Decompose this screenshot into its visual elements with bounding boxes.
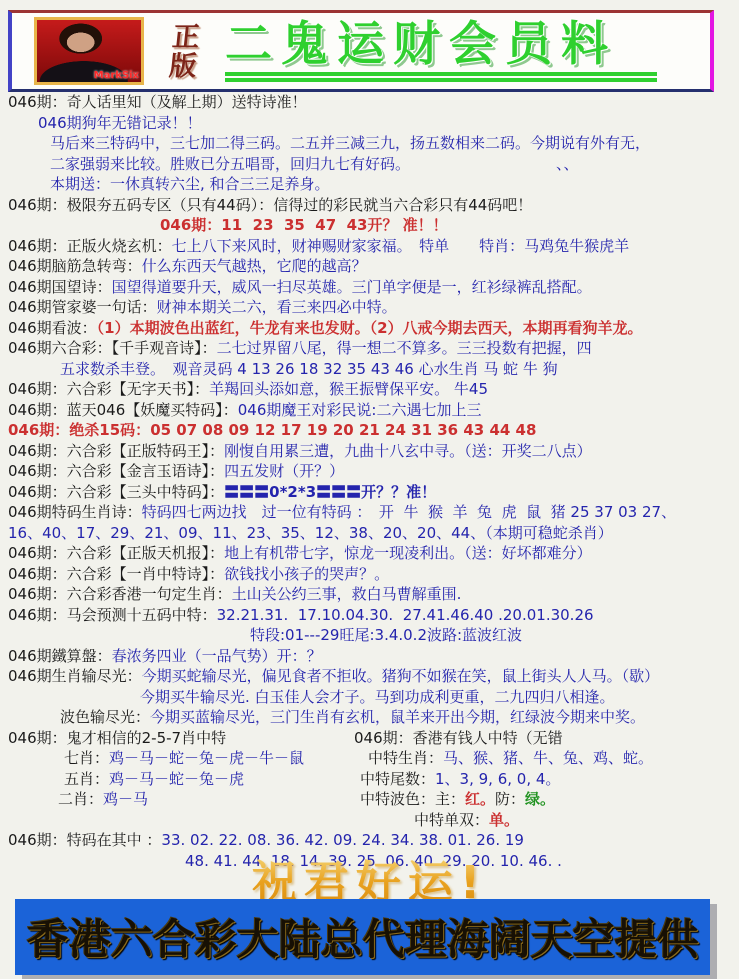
text-segment: 鸡－马－蛇－兔－虎 bbox=[109, 770, 244, 788]
content-row: 今期买牛输尽光. 白玉佳人会才子。马到功成利更重，二九四归八相逢。 bbox=[0, 687, 739, 708]
text-segment: 七上八下来风时，财神赐财家家福。 特单 特肖：马鸡兔牛猴虎羊 bbox=[172, 237, 630, 255]
text-segment: 马后来三特码中，三七加二得三码。二五并三减三九，扬五数相来二码。今期说有外有无， bbox=[50, 134, 650, 152]
content-row: 046期国望诗：国望得道要升天，威风一扫尽英雄。三门单字便是一，红衫绿裤乱搭配。 bbox=[0, 277, 739, 298]
content-row: 二家强弱来比较。胜败已分五唱哥，回归九七有好码。、、 bbox=[0, 154, 739, 175]
row-cell: 二肖：鸡－马 bbox=[58, 789, 148, 810]
text-segment: 046期：奇人话里知（及解上期）送特诗准！ bbox=[8, 93, 307, 111]
row-cell: 046期：六合彩香港一句定生肖：土山关公约三事，救白马曹解重围. bbox=[8, 584, 461, 605]
text-segment: 046期：香港有钱人中特（无错 bbox=[354, 729, 563, 747]
row-cell: 046期：六合彩【一肖中特诗】：欲钱找小孩子的哭声？。 bbox=[8, 564, 389, 585]
text-segment: 鸡－马 bbox=[103, 790, 148, 808]
content-row: 特段:01---29旺尾:3.4.0.2波路:蓝波红波 bbox=[0, 625, 739, 646]
content-row: 046期看波：（1）本期波色出蓝红，牛龙有来也发财。（2）八戒今期去西天，本期再… bbox=[0, 318, 739, 339]
row-cell: 046期：六合彩【三头中特码】：〓〓〓0*2*3〓〓〓开？？准！ bbox=[8, 482, 436, 503]
text-segment: 046期魔王对彩民说:二六遇七加上三 bbox=[238, 401, 482, 419]
text-segment: 046期鐵算盤： bbox=[8, 647, 112, 665]
text-segment: 国望得道要升天，威风一扫尽英雄。三门单字便是一，红衫绿裤乱搭配。 bbox=[112, 278, 592, 296]
text-segment: 特码四七两边找 过一位有特码 ： 开 牛 猴 羊 兔 虎 鼠 猪 25 37 0… bbox=[142, 503, 676, 521]
text-segment: （1）本期波色出蓝红，牛龙有来也发财。（2）八戒今期去西天，本期再看狗羊龙。 bbox=[97, 319, 643, 337]
text-segment: 地上有机带七字，惊龙一现凌利出。（送：好坏都难分） bbox=[224, 544, 592, 562]
text-segment: 046期生肖输尽光： bbox=[8, 667, 142, 685]
row-cell: 中特尾数：1、3, 9, 6, 0, 4。 bbox=[360, 769, 560, 790]
content-row: 16、40、17、29、21、09、11、23、35、12、38、20、20、4… bbox=[0, 523, 739, 544]
content-row: 046期：马会预测十五码中特：32.21.31. 17.10.04.30. 27… bbox=[0, 605, 739, 626]
text-segment: 二家强弱来比较。胜败已分五唱哥，回归九七有好码。 bbox=[50, 155, 410, 173]
content-row: 046期：六合彩【三头中特码】：〓〓〓0*2*3〓〓〓开？？准！ bbox=[0, 482, 739, 503]
row-cell: 046期：六合彩【金言玉语诗】：四五发财（开？） bbox=[8, 461, 344, 482]
text-segment: 春浓务四业（一品气势）开：？ bbox=[112, 647, 322, 665]
row-cell: 今期买牛输尽光. 白玉佳人会才子。马到功成利更重，二九四归八相逢。 bbox=[140, 687, 615, 708]
text-segment: 046期：六合彩【无字天书】： bbox=[8, 380, 209, 398]
text-segment: 32.21.31. 17.10.04.30. 27.41.46.40 .20.0… bbox=[217, 606, 594, 624]
editor-photo: MarkSix bbox=[34, 17, 144, 85]
row-cell: 046期看波：（1）本期波色出蓝红，牛龙有来也发财。（2）八戒今期去西天，本期再… bbox=[8, 318, 643, 339]
row-cell: 046期鐵算盤：春浓务四业（一品气势）开：？ bbox=[8, 646, 322, 667]
text-segment: 单。 bbox=[489, 811, 519, 829]
row-cell: 046期特码生肖诗：特码四七两边找 过一位有特码 ： 开 牛 猴 羊 兔 虎 鼠… bbox=[8, 502, 676, 523]
title-column: 二鬼运财会员料 bbox=[211, 21, 710, 82]
row-cell: 046期管家婆一句话：财神本期关二六，看三来四必中特。 bbox=[8, 297, 397, 318]
content-row: 046期：六合彩【金言玉语诗】：四五发财（开？） bbox=[0, 461, 739, 482]
content-row: 046期：奇人话里知（及解上期）送特诗准！ bbox=[0, 92, 739, 113]
content-row: 046期鐵算盤：春浓务四业（一品气势）开：？ bbox=[0, 646, 739, 667]
text-segment: 绿。 bbox=[525, 790, 555, 808]
text-segment: 046期：极限夯五码专区（只有44码）：信得过的彩民就当六合彩只有44码吧！ bbox=[8, 196, 532, 214]
row-cell: 16、40、17、29、21、09、11、23、35、12、38、20、20、4… bbox=[8, 523, 613, 544]
text-segment: 波色输尽光： bbox=[60, 708, 150, 726]
content-row: 二肖：鸡－马中特波色：主：红。防：绿。 bbox=[0, 789, 739, 810]
content-row: 046期：11 23 35 47 43开？ 准！！ bbox=[0, 215, 739, 236]
row-cell: 046期：蓝天046【妖魔买特码】：046期魔王对彩民说:二六遇七加上三 bbox=[8, 400, 481, 421]
text-segment: 羊羯回头添如意，猴王振臂保平安。 牛45 bbox=[209, 380, 488, 398]
text-segment: 046期：六合彩【正版特码王】： bbox=[8, 442, 224, 460]
text-segment: 046期狗年无错记录！！ bbox=[38, 114, 202, 132]
row-cell: 046期：鬼才相信的2-5-7肖中特 bbox=[8, 728, 226, 749]
row-cell: 波色输尽光：今期买蓝输尽光，三门生肖有玄机，鼠羊来开出今期，红绿波今期来中奖。 bbox=[60, 707, 645, 728]
content-row: 五肖：鸡－马－蛇－兔－虎中特尾数：1、3, 9, 6, 0, 4。 bbox=[0, 769, 739, 790]
row-cell: 046期六合彩：【千手观音诗】：二七过界留八尾，得一想二不算多。三三投数有把握，… bbox=[8, 338, 592, 359]
text-segment: 马、猴、猪、牛、兔、鸡、蛇。 bbox=[443, 749, 653, 767]
row-cell: 046期：正版火烧玄机：七上八下来风时，财神赐财家家福。 特单 特肖：马鸡兔牛猴… bbox=[8, 236, 629, 257]
text-segment: 刚愎自用累三遭，九曲十八玄中寻。（送：开奖二八点） bbox=[224, 442, 592, 460]
content-lines: 046期：奇人话里知（及解上期）送特诗准！046期狗年无错记录！！马后来三特码中… bbox=[0, 92, 739, 871]
text-segment: 二七过界留八尾，得一想二不算多。三三投数有把握，四 bbox=[217, 339, 592, 357]
text-segment: 红。 bbox=[465, 790, 495, 808]
text-segment: 046期国望诗： bbox=[8, 278, 112, 296]
page: MarkSix 正版 二鬼运财会员料 046期：奇人话里知（及解上期）送特诗准！… bbox=[0, 0, 739, 979]
row-cell: 046期：奇人话里知（及解上期）送特诗准！ bbox=[8, 92, 307, 113]
row-cell: 、、 bbox=[556, 154, 579, 175]
content-row: 五求数杀丰登。 观音灵码 4 13 26 18 32 35 43 46 心水生肖… bbox=[0, 359, 739, 380]
text-segment: 1、3, 9, 6, 0, 4。 bbox=[435, 770, 560, 788]
text-segment: 中特生肖： bbox=[368, 749, 443, 767]
text-segment: 鸡－马－蛇－兔－虎－牛－鼠 bbox=[109, 749, 304, 767]
text-segment: 046期看波： bbox=[8, 319, 97, 337]
content-row: 046期：六合彩【一肖中特诗】：欲钱找小孩子的哭声？。 bbox=[0, 564, 739, 585]
row-cell: 046期脑筋急转弯：什么东西天气越热，它爬的越高？ bbox=[8, 256, 367, 277]
text-segment: 七肖： bbox=[64, 749, 109, 767]
text-segment: 五肖： bbox=[64, 770, 109, 788]
text-segment: 046期：鬼才相信的2-5-7肖中特 bbox=[8, 729, 226, 747]
title-underline-1 bbox=[225, 72, 657, 76]
content-row: 046期特码生肖诗：特码四七两边找 过一位有特码 ： 开 牛 猴 羊 兔 虎 鼠… bbox=[0, 502, 739, 523]
provider-banner-text: 香港六合彩大陆总代理海阔天空提供 bbox=[26, 907, 698, 967]
text-segment: 046期管家婆一句话： bbox=[8, 298, 157, 316]
row-cell: 二家强弱来比较。胜败已分五唱哥，回归九七有好码。 bbox=[50, 154, 410, 175]
text-segment: 、、 bbox=[556, 155, 579, 173]
text-segment: 本期送：一休真转六尘, 和合三三足养身。 bbox=[50, 175, 330, 193]
content-row: 波色输尽光：今期买蓝输尽光，三门生肖有玄机，鼠羊来开出今期，红绿波今期来中奖。 bbox=[0, 707, 739, 728]
row-cell: 七肖：鸡－马－蛇－兔－虎－牛－鼠 bbox=[64, 748, 304, 769]
text-segment: 土山关公约三事，救白马曹解重围. bbox=[232, 585, 462, 603]
text-segment: 二肖： bbox=[58, 790, 103, 808]
row-cell: 本期送：一休真转六尘, 和合三三足养身。 bbox=[50, 174, 330, 195]
content-row: 马后来三特码中，三七加二得三码。二五并三减三九，扬五数相来二码。今期说有外有无， bbox=[0, 133, 739, 154]
content-row: 046期：绝杀15码：05 07 08 09 12 17 19 20 21 24… bbox=[0, 420, 739, 441]
content-row: 中特单双：单。 bbox=[0, 810, 739, 831]
row-cell: 五肖：鸡－马－蛇－兔－虎 bbox=[64, 769, 244, 790]
text-segment: 什么东西天气越热，它爬的越高？ bbox=[142, 257, 367, 275]
row-cell: 046期：马会预测十五码中特：32.21.31. 17.10.04.30. 27… bbox=[8, 605, 594, 626]
content-row: 046期：正版火烧玄机：七上八下来风时，财神赐财家家福。 特单 特肖：马鸡兔牛猴… bbox=[0, 236, 739, 257]
text-segment: 今期买蛇输尽光，偏见食者不拒收。猪狗不如猴在笑，鼠上街头人人马。（歇） bbox=[142, 667, 660, 685]
text-segment: 046期：六合彩香港一句定生肖： bbox=[8, 585, 232, 603]
photo-caption: MarkSix bbox=[94, 70, 139, 81]
row-cell: 中特单双：单。 bbox=[414, 810, 519, 831]
text-segment: 046期：正版火烧玄机： bbox=[8, 237, 172, 255]
text-segment: 046期六合彩：【千手观音诗】： bbox=[8, 339, 217, 357]
row-cell: 中特波色：主：红。防：绿。 bbox=[360, 789, 555, 810]
content-row: 046期生肖输尽光：今期买蛇输尽光，偏见食者不拒收。猪狗不如猴在笑，鼠上街头人人… bbox=[0, 666, 739, 687]
text-segment: 046期：11 23 35 47 43开？ 准！！ bbox=[160, 216, 448, 234]
text-segment: 16、40、17、29、21、09、11、23、35、12、38、20、20、4… bbox=[8, 524, 613, 542]
text-segment: 05 07 08 09 12 17 19 20 21 24 31 36 43 4… bbox=[150, 421, 536, 439]
text-segment: 中特单双： bbox=[414, 811, 489, 829]
text-segment: 046期：六合彩【正版天机报】： bbox=[8, 544, 224, 562]
row-cell: 特段:01---29旺尾:3.4.0.2波路:蓝波红波 bbox=[250, 625, 522, 646]
text-segment: 防： bbox=[495, 790, 525, 808]
text-segment: 欲钱找小孩子的哭声？。 bbox=[224, 565, 389, 583]
row-cell: 046期国望诗：国望得道要升天，威风一扫尽英雄。三门单字便是一，红衫绿裤乱搭配。 bbox=[8, 277, 592, 298]
row-cell: 马后来三特码中，三七加二得三码。二五并三减三九，扬五数相来二码。今期说有外有无， bbox=[50, 133, 650, 154]
text-segment: 〓〓〓0*2*3〓〓〓开？？准！ bbox=[224, 483, 436, 501]
text-segment: 今期买牛输尽光. 白玉佳人会才子。马到功成利更重，二九四归八相逢。 bbox=[140, 688, 615, 706]
text-segment: 046期脑筋急转弯： bbox=[8, 257, 142, 275]
title-underline-2 bbox=[225, 78, 657, 82]
content-row: 046期：六合彩香港一句定生肖：土山关公约三事，救白马曹解重围. bbox=[0, 584, 739, 605]
text-segment: 046期：六合彩【金言玉语诗】： bbox=[8, 462, 224, 480]
content-row: 046期：六合彩【无字天书】：羊羯回头添如意，猴王振臂保平安。 牛45 bbox=[0, 379, 739, 400]
content-row: 046期：六合彩【正版特码王】：刚愎自用累三遭，九曲十八玄中寻。（送：开奖二八点… bbox=[0, 441, 739, 462]
content-row: 046期狗年无错记录！！ bbox=[0, 113, 739, 134]
content-row: 046期六合彩：【千手观音诗】：二七过界留八尾，得一想二不算多。三三投数有把握，… bbox=[0, 338, 739, 359]
text-segment: 046期：六合彩【三头中特码】： bbox=[8, 483, 224, 501]
row-cell: 046期狗年无错记录！！ bbox=[38, 113, 202, 134]
row-cell: 046期：极限夯五码专区（只有44码）：信得过的彩民就当六合彩只有44码吧！ bbox=[8, 195, 532, 216]
row-cell: 046期：六合彩【正版天机报】：地上有机带七字，惊龙一现凌利出。（送：好坏都难分… bbox=[8, 543, 592, 564]
row-cell: 五求数杀丰登。 观音灵码 4 13 26 18 32 35 43 46 心水生肖… bbox=[60, 359, 558, 380]
content-row: 046期：鬼才相信的2-5-7肖中特046期：香港有钱人中特（无错 bbox=[0, 728, 739, 749]
provider-banner: 香港六合彩大陆总代理海阔天空提供 bbox=[15, 899, 710, 975]
row-cell: 中特生肖：马、猴、猪、牛、兔、鸡、蛇。 bbox=[368, 748, 653, 769]
content-row: 046期管家婆一句话：财神本期关二六，看三来四必中特。 bbox=[0, 297, 739, 318]
text-segment: 五求数杀丰登。 观音灵码 4 13 26 18 32 35 43 46 心水生肖… bbox=[60, 360, 558, 378]
text-segment: 046期：蓝天046【妖魔买特码】： bbox=[8, 401, 238, 419]
text-segment: 046期：马会预测十五码中特： bbox=[8, 606, 217, 624]
text-segment: 046期：六合彩【一肖中特诗】： bbox=[8, 565, 224, 583]
content-row: 本期送：一休真转六尘, 和合三三足养身。 bbox=[0, 174, 739, 195]
row-cell: 046期：六合彩【正版特码王】：刚愎自用累三遭，九曲十八玄中寻。（送：开奖二八点… bbox=[8, 441, 592, 462]
text-segment: 中特波色：主： bbox=[360, 790, 465, 808]
content-row: 七肖：鸡－马－蛇－兔－虎－牛－鼠中特生肖：马、猴、猪、牛、兔、鸡、蛇。 bbox=[0, 748, 739, 769]
content-row: 046期：六合彩【正版天机报】：地上有机带七字，惊龙一现凌利出。（送：好坏都难分… bbox=[0, 543, 739, 564]
content-row: 046期：极限夯五码专区（只有44码）：信得过的彩民就当六合彩只有44码吧！ bbox=[0, 195, 739, 216]
text-segment: 今期买蓝输尽光，三门生肖有玄机，鼠羊来开出今期，红绿波今期来中奖。 bbox=[150, 708, 645, 726]
stamp-zhengban: 正版 bbox=[159, 22, 204, 80]
text-segment: 特段:01---29旺尾:3.4.0.2波路:蓝波红波 bbox=[250, 626, 522, 644]
content-row: 046期：蓝天046【妖魔买特码】：046期魔王对彩民说:二六遇七加上三 bbox=[0, 400, 739, 421]
text-segment: 中特尾数： bbox=[360, 770, 435, 788]
row-cell: 046期：绝杀15码：05 07 08 09 12 17 19 20 21 24… bbox=[8, 420, 536, 441]
page-title: 二鬼运财会员料 bbox=[225, 21, 710, 69]
header: MarkSix 正版 二鬼运财会员料 bbox=[8, 10, 714, 92]
row-cell: 046期：六合彩【无字天书】：羊羯回头添如意，猴王振臂保平安。 牛45 bbox=[8, 379, 488, 400]
text-segment: 四五发财（开？） bbox=[224, 462, 344, 480]
content-row: 046期脑筋急转弯：什么东西天气越热，它爬的越高？ bbox=[0, 256, 739, 277]
row-cell: 046期：11 23 35 47 43开？ 准！！ bbox=[160, 215, 448, 236]
row-cell: 046期生肖输尽光：今期买蛇输尽光，偏见食者不拒收。猪狗不如猴在笑，鼠上街头人人… bbox=[8, 666, 659, 687]
text-segment: 046期特码生肖诗： bbox=[8, 503, 142, 521]
row-cell: 046期：香港有钱人中特（无错 bbox=[354, 728, 563, 749]
text-segment: 046期：绝杀15码： bbox=[8, 421, 150, 439]
text-segment: 财神本期关二六，看三来四必中特。 bbox=[157, 298, 397, 316]
